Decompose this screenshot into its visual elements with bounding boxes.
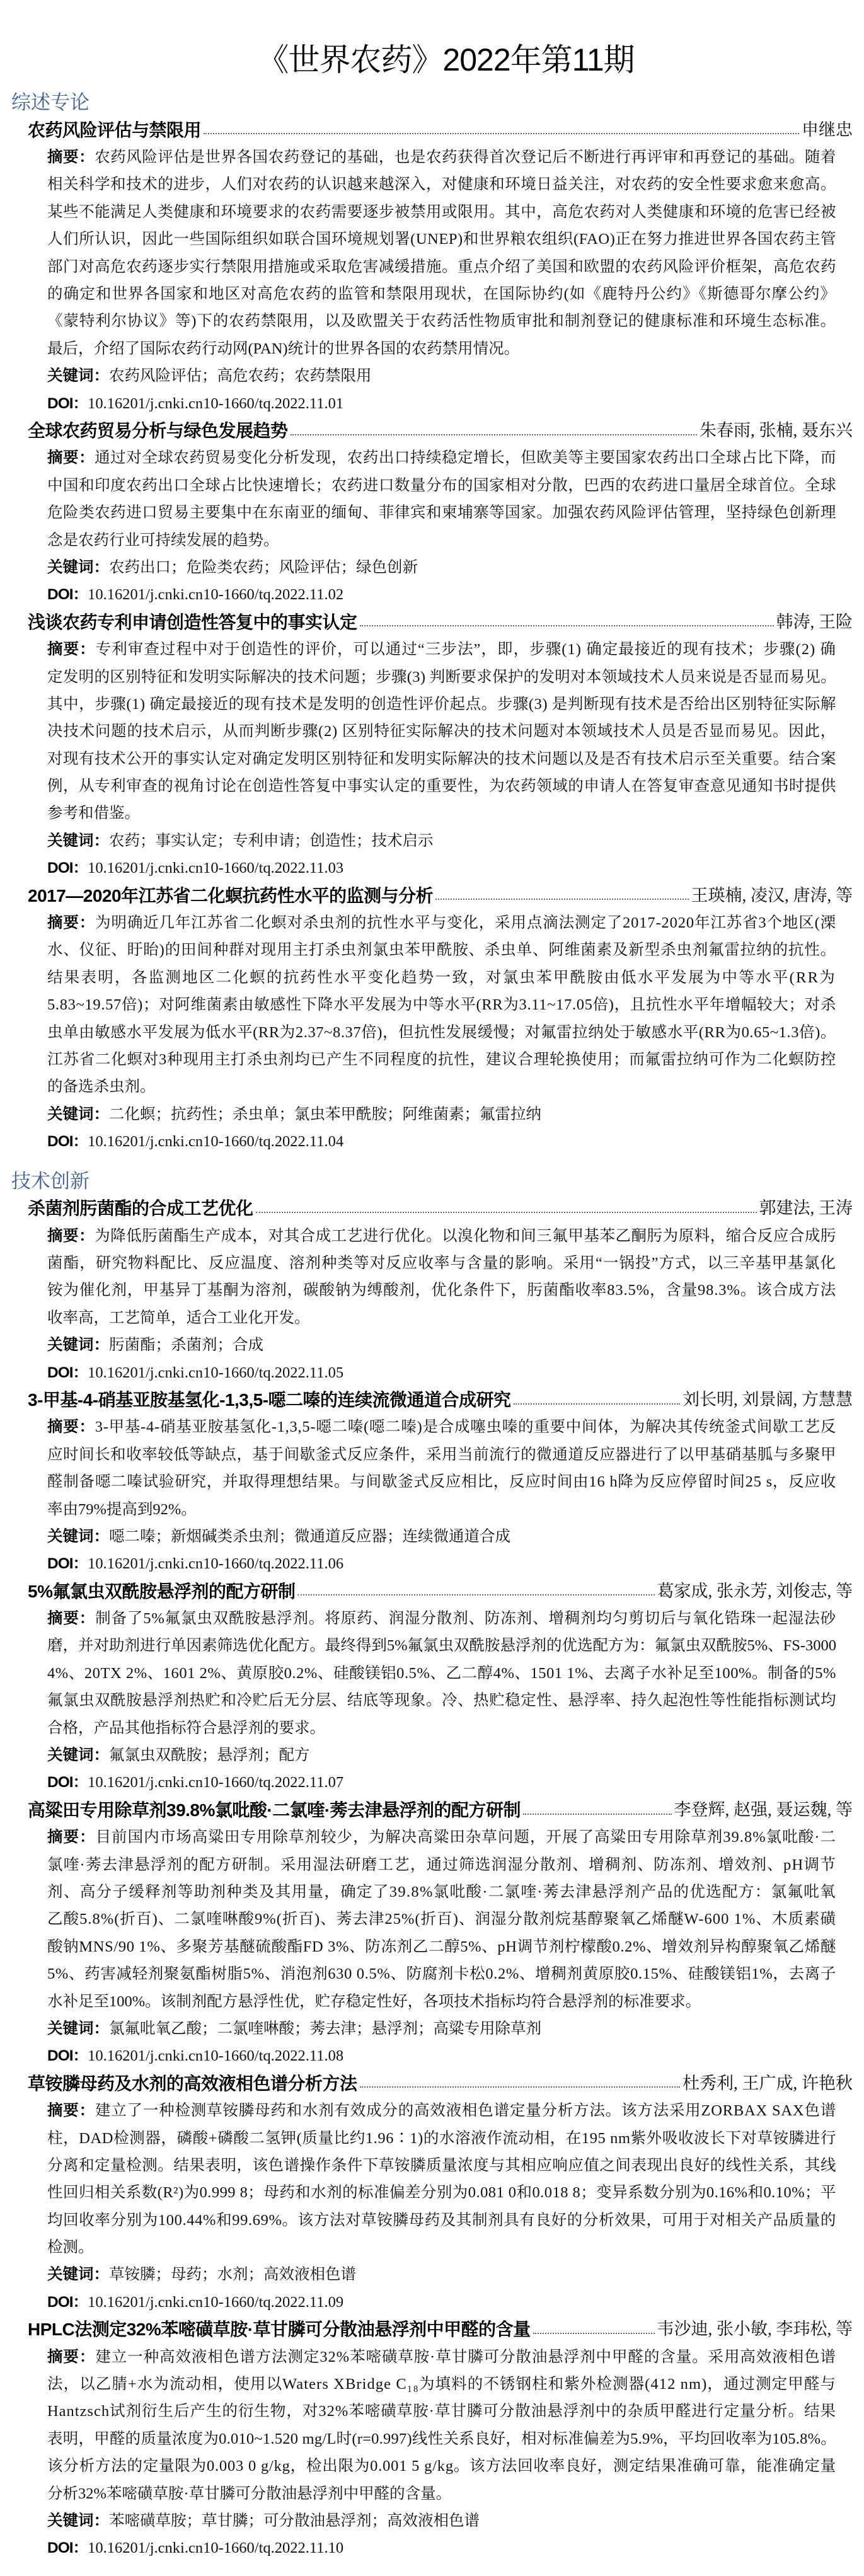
abstract-line: 5%、药害减轻剂聚氨酯树脂5%、消泡剂630 0.5%、防腐剂卡松0.2%、增稠… xyxy=(47,1960,836,1987)
abstract-label: 摘要： xyxy=(47,449,95,466)
article-title-row: 5%氟氯虫双酰胺悬浮剂的配方研制 葛家成, 张永芳, 刘俊志, 等 xyxy=(0,1578,864,1605)
abstract-line: 虫单由敏感水平发展为低水平(RR为2.37~8.37倍)，但抗性发展缓慢；对氟雷… xyxy=(47,1019,836,1046)
dotted-leader xyxy=(297,1594,654,1596)
article-title: 全球农药贸易分析与绿色发展趋势 xyxy=(28,417,288,444)
article-title: 2017—2020年江苏省二化螟抗药性水平的监测与分析 xyxy=(28,882,433,909)
abstract-text: 合格，产品其他指标符合悬浮剂的要求。 xyxy=(47,1720,325,1737)
abstract-line: 例，从专利审查的视角讨论在创造性答复中事实认定的重要性，为农药领域的申请人在答复… xyxy=(47,773,836,800)
keywords-line: 关键词：草铵膦；母药；水剂；高效液相色谱 xyxy=(47,2261,836,2288)
doi-label: DOI： xyxy=(47,2047,88,2064)
abstract-text: 的确定和世界各国家和地区对高危农药的监管和禁限用现状，在国际协约(如《鹿特丹公约… xyxy=(47,285,836,302)
abstract-text: 检测。 xyxy=(47,2239,94,2256)
keywords-line: 关键词：农药；事实认定；专利申请；创造性；技术启示 xyxy=(47,827,836,854)
abstract-line: 江苏省二化螟对3种现用主打杀虫剂均已产生不同程度的抗性，建议合理轮换使用；而氟雷… xyxy=(47,1046,836,1073)
abstract-line: 的确定和世界各国家和地区对高危农药的监管和禁限用现状，在国际协约(如《鹿特丹公约… xyxy=(47,280,836,308)
article-title-row: 3-甲基-4-硝基亚胺基氢化-1,3,5-噁二嗪的连续流微通道合成研究 刘长明,… xyxy=(0,1386,864,1413)
article-title-row: 农药风险评估与禁限用 申继忠 xyxy=(0,117,864,144)
abstract-text: 乙酸5.8%(折百)、二氯喹啉酸9%(折百)、莠去津25%(折百)、润湿分散剂烷… xyxy=(47,1911,836,1928)
abstract-text: 通过对全球农药贸易变化分析发现，农药出口持续稳定增长，但欧美等主要国家农药出口全… xyxy=(95,449,836,466)
keywords-value: 农药风险评估；高危农药；农药禁限用 xyxy=(109,367,372,384)
article: 浅谈农药专利申请创造性答复中的事实认定 韩涛, 王险 摘要：专利审查过程中对于创… xyxy=(0,609,864,882)
abstract-line: 危险类农药进口贸易主要集中在东南亚的缅甸、菲律宾和柬埔寨等国家。加强农药风险评估… xyxy=(47,499,836,526)
abstract-line: 柱，DAD检测器，磷酸+磷酸二氢钾(质量比约1.96∶1)的水溶液作流动相，在1… xyxy=(47,2125,836,2152)
abstract-text: 表明，甲醛的质量浓度为0.010~1.520 mg/L时(r=0.997)线性关… xyxy=(47,2430,836,2447)
abstract-line: 醛制备噁二嗪试验研究，并取得理想结果。与间歇釜式反应相比，反应时间由16 h降为… xyxy=(47,1468,836,1495)
abstract-line: 摘要：为降低肟菌酯生产成本，对其合成工艺进行优化。以溴化物和间三氟甲基苯乙酮肟为… xyxy=(47,1222,836,1250)
abstract-line: 应时间长和收率较低等缺点，基于间歇釜式反应条件，采用当前流行的微通道反应器进行了… xyxy=(47,1441,836,1468)
section-review: 综述专论 农药风险评估与禁限用 申继忠 摘要：农药风险评估是世界各国农药登记的基… xyxy=(0,89,864,1155)
abstract-line: 氯喹·莠去津悬浮剂的配方研制。采用湿法研磨工艺，通过筛选润湿分散剂、增稠剂、防冻… xyxy=(47,1851,836,1878)
keywords-line: 关键词：氟氯虫双酰胺；悬浮剂；配方 xyxy=(47,1742,836,1769)
keywords-label: 关键词： xyxy=(47,1528,109,1545)
keywords-value: 肟菌酯；杀菌剂；合成 xyxy=(109,1337,263,1354)
doi-value: 10.16201/j.cnki.cn10-1660/tq.2022.11.05 xyxy=(88,1364,343,1381)
abstract-line: 均回收率分别为100.44%和99.69%。该方法对草铵膦母药及其制剂具有良好的… xyxy=(47,2207,836,2234)
article: 3-甲基-4-硝基亚胺基氢化-1,3,5-噁二嗪的连续流微通道合成研究 刘长明,… xyxy=(0,1386,864,1578)
abstract-text: 5%、药害减轻剂聚氨酯树脂5%、消泡剂630 0.5%、防腐剂卡松0.2%、增稠… xyxy=(47,1965,836,1982)
abstract-line: 磨，并对助剂进行单因素筛选优化配方。最终得到5%氟氯虫双酰胺悬浮剂的优选配方为：… xyxy=(47,1632,836,1659)
keywords-label: 关键词： xyxy=(47,559,109,576)
abstract-text: 决技术问题的技术启示，从而判断步骤(2) 区别特征实际解决的技术问题对本领域技术… xyxy=(47,723,836,740)
article-authors: 葛家成, 张永芳, 刘俊志, 等 xyxy=(657,1578,853,1605)
doi-line: DOI：10.16201/j.cnki.cn10-1660/tq.2022.11… xyxy=(47,2534,836,2562)
doi-label: DOI： xyxy=(47,1555,88,1572)
abstract-line: 性回归相关系数(R²)为0.999 8；母药和水剂的标准偏差分别为0.081 0… xyxy=(47,2179,836,2206)
keywords-value: 苯嘧磺草胺；草甘膦；可分散油悬浮剂；高效液相色谱 xyxy=(109,2512,480,2529)
doi-label: DOI： xyxy=(47,2539,88,2556)
article: 农药风险评估与禁限用 申继忠 摘要：农药风险评估是世界各国农药登记的基础，也是农… xyxy=(0,117,864,417)
doi-value: 10.16201/j.cnki.cn10-1660/tq.2022.11.09 xyxy=(88,2294,343,2311)
doi-value: 10.16201/j.cnki.cn10-1660/tq.2022.11.07 xyxy=(88,1774,343,1791)
article-title-row: HPLC法测定32%苯嘧磺草胺·草甘膦可分散油悬浮剂中甲醛的含量 韦沙迪, 张小… xyxy=(0,2316,864,2343)
abstract-text: 5.83~19.57倍)；对阿维菌素由敏感性下降水平发展为中等水平(RR为3.1… xyxy=(47,996,836,1013)
doi-value: 10.16201/j.cnki.cn10-1660/tq.2022.11.08 xyxy=(88,2047,343,2064)
abstract-line: 相关科学和技术的进步，人们对农药的认识越来越深入，对健康和环境日益关注，对农药的… xyxy=(47,171,836,198)
abstract-text: 制备了5%氟氯虫双酰胺悬浮剂。将原药、润湿分散剂、防冻剂、增稠剂均匀剪切后与氧化… xyxy=(95,1610,836,1627)
abstract-text: 铵为催化剂，甲基异丁基酮为溶剂，碳酸钠为缚酸剂，优化条件下，肟菌酯收率83.5%… xyxy=(47,1282,836,1299)
abstract-line: Hantzsch试剂衍生后产生的衍生物，对32%苯嘧磺草胺·草甘膦可分散油悬浮剂… xyxy=(47,2398,836,2425)
keywords-label: 关键词： xyxy=(47,2512,109,2529)
abstract-line: 某些不能满足人类健康和环境要求的农药需要逐步被禁用或限用。其中，高危农药对人类健… xyxy=(47,198,836,226)
dotted-leader xyxy=(533,2333,655,2334)
article-title-row: 全球农药贸易分析与绿色发展趋势 朱春雨, 张楠, 聂东兴 xyxy=(0,417,864,444)
keywords-value: 噁二嗪；新烟碱类杀虫剂；微通道反应器；连续微通道合成 xyxy=(109,1528,510,1545)
keywords-line: 关键词：农药出口；危险类农药；风险评估；绿色创新 xyxy=(47,554,836,581)
abstract-label: 摘要： xyxy=(47,641,96,658)
abstract-text: 柱，DAD检测器，磷酸+磷酸二氢钾(质量比约1.96∶1)的水溶液作流动相，在1… xyxy=(47,2130,836,2147)
abstract-line: 水、仪征、盱眙)的田间种群对现用主打杀虫剂氯虫苯甲酰胺、杀虫单、阿维菌素及新型杀… xyxy=(47,936,836,963)
article: 草铵膦母药及水剂的高效液相色谱分析方法 杜秀利, 王广成, 许艳秋 摘要：建立了… xyxy=(0,2070,864,2316)
abstract-line: 摘要：3-甲基-4-硝基亚胺基氢化-1,3,5-噁二嗪(噁二嗪)是合成噻虫嗪的重… xyxy=(47,1413,836,1440)
abstract-text: 法，以乙腈+水为流动相，使用以Waters XBridge C₁₈为填料的不锈钢… xyxy=(47,2376,836,2393)
doi-label: DOI： xyxy=(47,1774,88,1791)
abstract-text: 结果表明，各监测地区二化螟的抗药性水平变化趋势一致，对氯虫苯甲酰胺由低水平发展为… xyxy=(47,969,836,986)
abstract-line: 氟氯虫双酰胺悬浮剂热贮和冷贮后无分层、结底等现象。冷、热贮稳定性、悬浮率、持久起… xyxy=(47,1687,836,1714)
abstract-text: 均回收率分别为100.44%和99.69%。该方法对草铵膦母药及其制剂具有良好的… xyxy=(47,2212,836,2229)
abstract-label: 摘要： xyxy=(47,1418,95,1435)
abstract-line: 表明，甲醛的质量浓度为0.010~1.520 mg/L时(r=0.997)线性关… xyxy=(47,2425,836,2452)
keywords-label: 关键词： xyxy=(47,1747,109,1764)
article-title-row: 高粱田专用除草剂39.8%氯吡酸·二氯喹·莠去津悬浮剂的配方研制 李登辉, 赵强… xyxy=(0,1797,864,1824)
abstract-line: 其中，步骤(1) 确定最接近的现有技术是发明的创造性评价起点。步骤(3) 是判断… xyxy=(47,691,836,718)
abstract-line: 检测。 xyxy=(47,2234,836,2261)
abstract-text: 某些不能满足人类健康和环境要求的农药需要逐步被禁用或限用。其中，高危农药对人类健… xyxy=(47,204,836,221)
keywords-value: 农药；事实认定；专利申请；创造性；技术启示 xyxy=(109,832,434,849)
article-authors: 李登辉, 赵强, 聂运魏, 等 xyxy=(674,1797,853,1824)
abstract-line: 率由79%提高到92%。 xyxy=(47,1496,836,1523)
dotted-leader xyxy=(360,625,774,626)
abstract-text: 水、仪征、盱眙)的田间种群对现用主打杀虫剂氯虫苯甲酰胺、杀虫单、阿维菌素及新型杀… xyxy=(47,941,836,958)
abstract-line: 乙酸5.8%(折百)、二氯喹啉酸9%(折百)、莠去津25%(折百)、润湿分散剂烷… xyxy=(47,1906,836,1933)
dotted-leader xyxy=(514,1403,680,1405)
abstract-text: 收率高，工艺简单，适合工业化开发。 xyxy=(47,1309,310,1326)
abstract-line: 摘要：建立了一种检测草铵膦母药和水剂有效成分的高效液相色谱定量分析方法。该方法采… xyxy=(47,2097,836,2124)
abstract-line: 摘要：农药风险评估是世界各国农药登记的基础，也是农药获得首次登记后不断进行再评审… xyxy=(47,144,836,171)
article-title-row: 杀菌剂肟菌酯的合成工艺优化 郭建法, 王涛 xyxy=(0,1195,864,1222)
abstract-label: 摘要： xyxy=(47,2349,95,2366)
abstract-line: 决技术问题的技术启示，从而判断步骤(2) 区别特征实际解决的技术问题对本领域技术… xyxy=(47,718,836,745)
article-authors: 朱春雨, 张楠, 聂东兴 xyxy=(700,417,853,444)
doi-line: DOI：10.16201/j.cnki.cn10-1660/tq.2022.11… xyxy=(47,1550,836,1577)
abstract-text: 《蒙特利尔协议》等)下的农药禁限用，以及欧盟关于农药活性物质审批和制剂登记的健康… xyxy=(47,313,836,330)
abstract-line: 摘要：制备了5%氟氯虫双酰胺悬浮剂。将原药、润湿分散剂、防冻剂、增稠剂均匀剪切后… xyxy=(47,1605,836,1632)
abstract-line: 对现有技术公开的事实认定对确定发明区别特征和发明实际解决的技术问题以及是否有技术… xyxy=(47,745,836,773)
abstract-line: 水补足至100%。该制剂配方悬浮性优，贮存稳定性好，各项技术指标均符合悬浮剂的标… xyxy=(47,1988,836,2015)
doi-value: 10.16201/j.cnki.cn10-1660/tq.2022.11.03 xyxy=(88,860,343,877)
doi-line: DOI：10.16201/j.cnki.cn10-1660/tq.2022.11… xyxy=(47,581,836,608)
abstract-line: 分离和定量检测。结果表明，该色谱操作条件下草铵膦质量浓度与其相应响应值之间表现出… xyxy=(47,2152,836,2179)
abstract-text: 相关科学和技术的进步，人们对农药的认识越来越深入，对健康和环境日益关注，对农药的… xyxy=(47,176,836,193)
abstract-text: 为明确近几年江苏省二化螟对杀虫剂的抗性水平与变化，采用点滴法测定了2017-20… xyxy=(95,914,836,931)
abstract-text: 性回归相关系数(R²)为0.999 8；母药和水剂的标准偏差分别为0.081 0… xyxy=(47,2184,836,2201)
keywords-label: 关键词： xyxy=(47,1337,109,1354)
abstract-text: 醛制备噁二嗪试验研究，并取得理想结果。与间歇釜式反应相比，反应时间由16 h降为… xyxy=(47,1473,836,1490)
dotted-leader xyxy=(523,1814,671,1815)
abstract-line: 分析32%苯嘧磺草胺·草甘膦可分散油悬浮剂中甲醛的含量。 xyxy=(47,2480,836,2507)
abstract-text: 农药风险评估是世界各国农药登记的基础，也是农药获得首次登记后不断进行再评审和再登… xyxy=(95,149,836,166)
article-title-row: 2017—2020年江苏省二化螟抗药性水平的监测与分析 王瑛楠, 凌汉, 唐涛,… xyxy=(0,882,864,909)
doi-label: DOI： xyxy=(47,1364,88,1381)
article-title: 高粱田专用除草剂39.8%氯吡酸·二氯喹·莠去津悬浮剂的配方研制 xyxy=(28,1797,521,1824)
abstract-text: 为降低肟菌酯生产成本，对其合成工艺进行优化。以溴化物和间三氟甲基苯乙酮肟为原料，… xyxy=(95,1228,836,1245)
article: 全球农药贸易分析与绿色发展趋势 朱春雨, 张楠, 聂东兴 摘要：通过对全球农药贸… xyxy=(0,417,864,609)
keywords-label: 关键词： xyxy=(47,832,109,849)
abstract-text: 菌酯，研究物料配比、反应温度、溶剂种类等对反应收率与含量的影响。采用“一锅投”方… xyxy=(47,1255,836,1272)
section-heading: 技术创新 xyxy=(0,1168,864,1195)
abstract-text: 分离和定量检测。结果表明，该色谱操作条件下草铵膦质量浓度与其相应响应值之间表现出… xyxy=(47,2157,836,2174)
doi-line: DOI：10.16201/j.cnki.cn10-1660/tq.2022.11… xyxy=(47,1359,836,1386)
keywords-line: 关键词：肟菌酯；杀菌剂；合成 xyxy=(47,1331,836,1359)
abstract-label: 摘要： xyxy=(47,1228,95,1245)
abstract-text: 建立一种高效液相色谱方法测定32%苯嘧磺草胺·草甘膦可分散油悬浮剂中甲醛的含量。… xyxy=(95,2349,836,2366)
abstract-text: 例，从专利审查的视角讨论在创造性答复中事实认定的重要性，为农药领域的申请人在答复… xyxy=(47,778,836,795)
keywords-value: 二化螟；抗药性；杀虫单；氯虫苯甲酰胺；阿维菌素；氟雷拉纳 xyxy=(109,1106,541,1123)
abstract-line: 中国和印度农药出口全球占比快速增长；农药进口数量分布的国家相对分散，巴西的农药进… xyxy=(47,472,836,499)
keywords-line: 关键词：苯嘧磺草胺；草甘膦；可分散油悬浮剂；高效液相色谱 xyxy=(47,2507,836,2534)
abstract-text: 应时间长和收率较低等缺点，基于间歇釜式反应条件，采用当前流行的微通道反应器进行了… xyxy=(47,1446,836,1463)
abstract-text: 该分析方法的定量限为0.003 0 g/kg，检出限为0.001 5 g/kg。… xyxy=(47,2458,836,2475)
doi-line: DOI：10.16201/j.cnki.cn10-1660/tq.2022.11… xyxy=(47,390,836,417)
article-authors: 刘长明, 刘景阔, 方慧慧 xyxy=(683,1386,853,1413)
abstract-text: 念是农药行业可持续发展的趋势。 xyxy=(47,532,279,549)
abstract-line: 5.83~19.57倍)；对阿维菌素由敏感性下降水平发展为中等水平(RR为3.1… xyxy=(47,991,836,1018)
abstract-text: 危险类农药进口贸易主要集中在东南亚的缅甸、菲律宾和柬埔寨等国家。加强农药风险评估… xyxy=(47,504,836,521)
abstract-line: 合格，产品其他指标符合悬浮剂的要求。 xyxy=(47,1715,836,1742)
abstract-text: 江苏省二化螟对3种现用主打杀虫剂均已产生不同程度的抗性，建议合理轮换使用；而氟雷… xyxy=(47,1051,836,1068)
doi-value: 10.16201/j.cnki.cn10-1660/tq.2022.11.10 xyxy=(88,2539,343,2556)
doi-label: DOI： xyxy=(47,395,88,412)
doi-label: DOI： xyxy=(47,1133,88,1150)
abstract-text: 最后，介绍了国际农药行动网(PAN)统计的世界各国的农药禁用情况。 xyxy=(47,340,519,357)
abstract-text: 人们所认识，因此一些国际组织如联合国环境规划署(UNEP)和世界粮农组织(FAO… xyxy=(47,231,836,248)
section-tech-innovation: 技术创新 杀菌剂肟菌酯的合成工艺优化 郭建法, 王涛 摘要：为降低肟菌酯生产成本… xyxy=(0,1168,864,2562)
dotted-leader xyxy=(204,133,799,134)
abstract-line: 酸钠MNS/90 1%、多聚芳基醚硫酸酯FD 3%、防冻剂乙二醇5%、pH调节剂… xyxy=(47,1933,836,1960)
abstract-line: 铵为催化剂，甲基异丁基酮为溶剂，碳酸钠为缚酸剂，优化条件下，肟菌酯收率83.5%… xyxy=(47,1277,836,1304)
dotted-leader xyxy=(360,2086,680,2088)
article-title: HPLC法测定32%苯嘧磺草胺·草甘膦可分散油悬浮剂中甲醛的含量 xyxy=(28,2316,531,2343)
abstract-text: 率由79%提高到92%。 xyxy=(47,1501,197,1518)
page-title: 《世界农药》2022年第11期 xyxy=(0,0,864,77)
doi-line: DOI：10.16201/j.cnki.cn10-1660/tq.2022.11… xyxy=(47,1128,836,1155)
abstract-line: 定发明的区别特征和发明实际解决的技术问题；步骤(3) 判断要求保护的发明对本领域… xyxy=(47,664,836,691)
article-title: 草铵膦母药及水剂的高效液相色谱分析方法 xyxy=(28,2070,357,2097)
abstract-text: 建立了一种检测草铵膦母药和水剂有效成分的高效液相色谱定量分析方法。该方法采用ZO… xyxy=(95,2102,836,2119)
abstract-text: 目前国内市场高粱田专用除草剂较少，为解决高粱田杂草问题，开展了高粱田专用除草剂3… xyxy=(96,1829,836,1846)
doi-label: DOI： xyxy=(47,586,88,603)
abstract-text: 参考和借鉴。 xyxy=(47,805,140,822)
abstract-line: 剂、高分子缓释剂等助剂种类及其用量，确定了39.8%氯吡酸·二氯喹·莠去津悬浮剂… xyxy=(47,1878,836,1906)
article-title: 杀菌剂肟菌酯的合成工艺优化 xyxy=(28,1195,253,1222)
abstract-label: 摘要： xyxy=(47,1610,95,1627)
abstract-line: 摘要：专利审查过程中对于创造性的评价，可以通过“三步法”，即，步骤(1) 确定最… xyxy=(47,636,836,663)
article: 5%氟氯虫双酰胺悬浮剂的配方研制 葛家成, 张永芳, 刘俊志, 等 摘要：制备了… xyxy=(0,1578,864,1797)
abstract-line: 人们所认识，因此一些国际组织如联合国环境规划署(UNEP)和世界粮农组织(FAO… xyxy=(47,226,836,253)
abstract-text: 对现有技术公开的事实认定对确定发明区别特征和发明实际解决的技术问题以及是否有技术… xyxy=(47,750,836,768)
abstract-text: Hantzsch试剂衍生后产生的衍生物，对32%苯嘧磺草胺·草甘膦可分散油悬浮剂… xyxy=(47,2403,836,2420)
abstract-label: 摘要： xyxy=(47,1829,96,1846)
doi-label: DOI： xyxy=(47,860,88,877)
article-title: 农药风险评估与禁限用 xyxy=(28,117,201,144)
dotted-leader xyxy=(435,899,688,900)
abstract-line: 摘要：建立一种高效液相色谱方法测定32%苯嘧磺草胺·草甘膦可分散油悬浮剂中甲醛的… xyxy=(47,2343,836,2371)
abstract-text: 中国和印度农药出口全球占比快速增长；农药进口数量分布的国家相对分散，巴西的农药进… xyxy=(47,477,836,494)
doi-line: DOI：10.16201/j.cnki.cn10-1660/tq.2022.11… xyxy=(47,2042,836,2069)
doi-line: DOI：10.16201/j.cnki.cn10-1660/tq.2022.11… xyxy=(47,1769,836,1796)
abstract-line: 念是农药行业可持续发展的趋势。 xyxy=(47,527,836,554)
abstract-line: 的备选杀虫剂。 xyxy=(47,1073,836,1100)
abstract-text: 的备选杀虫剂。 xyxy=(47,1078,156,1095)
abstract-line: 该分析方法的定量限为0.003 0 g/kg，检出限为0.001 5 g/kg。… xyxy=(47,2452,836,2480)
dotted-leader xyxy=(291,434,697,435)
abstract-label: 摘要： xyxy=(47,914,95,931)
section-heading: 综述专论 xyxy=(0,89,864,116)
keywords-line: 关键词：噁二嗪；新烟碱类杀虫剂；微通道反应器；连续微通道合成 xyxy=(47,1523,836,1550)
article-authors: 王瑛楠, 凌汉, 唐涛, 等 xyxy=(691,882,853,909)
article-title-row: 浅谈农药专利申请创造性答复中的事实认定 韩涛, 王险 xyxy=(0,609,864,636)
abstract-line: 《蒙特利尔协议》等)下的农药禁限用，以及欧盟关于农药活性物质审批和制剂登记的健康… xyxy=(47,308,836,335)
article: HPLC法测定32%苯嘧磺草胺·草甘膦可分散油悬浮剂中甲醛的含量 韦沙迪, 张小… xyxy=(0,2316,864,2562)
abstract-text: 酸钠MNS/90 1%、多聚芳基醚硫酸酯FD 3%、防冻剂乙二醇5%、pH调节剂… xyxy=(47,1938,836,1955)
abstract-text: 部门对高危农药逐步实行禁限用措施或采取危害减缓措施。重点介绍了美国和欧盟的农药风… xyxy=(47,258,836,275)
abstract-text: 专利审查过程中对于创造性的评价，可以通过“三步法”，即，步骤(1) 确定最接近的… xyxy=(96,641,836,658)
keywords-value: 农药出口；危险类农药；风险评估；绿色创新 xyxy=(109,559,418,576)
doi-value: 10.16201/j.cnki.cn10-1660/tq.2022.11.06 xyxy=(88,1555,343,1572)
keywords-label: 关键词： xyxy=(47,367,109,384)
keywords-value: 草铵膦；母药；水剂；高效液相色谱 xyxy=(109,2266,356,2283)
abstract-line: 4%、20TX 2%、1601 2%、黄原胶0.2%、硅酸镁铝0.5%、乙二醇4… xyxy=(47,1660,836,1687)
article-title: 5%氟氯虫双酰胺悬浮剂的配方研制 xyxy=(28,1578,295,1605)
article-authors: 申继忠 xyxy=(802,117,853,144)
article-title: 浅谈农药专利申请创造性答复中的事实认定 xyxy=(28,609,357,636)
abstract-line: 结果表明，各监测地区二化螟的抗药性水平变化趋势一致，对氯虫苯甲酰胺由低水平发展为… xyxy=(47,964,836,991)
abstract-line: 摘要：为明确近几年江苏省二化螟对杀虫剂的抗性水平与变化，采用点滴法测定了2017… xyxy=(47,909,836,936)
abstract-text: 4%、20TX 2%、1601 2%、黄原胶0.2%、硅酸镁铝0.5%、乙二醇4… xyxy=(47,1665,836,1682)
article-title: 3-甲基-4-硝基亚胺基氢化-1,3,5-噁二嗪的连续流微通道合成研究 xyxy=(28,1386,511,1413)
keywords-value: 氟氯虫双酰胺；悬浮剂；配方 xyxy=(109,1747,310,1764)
abstract-text: 分析32%苯嘧磺草胺·草甘膦可分散油悬浮剂中甲醛的含量。 xyxy=(47,2485,451,2502)
abstract-line: 摘要：通过对全球农药贸易变化分析发现，农药出口持续稳定增长，但欧美等主要国家农药… xyxy=(47,444,836,471)
keywords-line: 关键词：二化螟；抗药性；杀虫单；氯虫苯甲酰胺；阿维菌素；氟雷拉纳 xyxy=(47,1101,836,1128)
keywords-label: 关键词： xyxy=(47,2020,109,2037)
doi-line: DOI：10.16201/j.cnki.cn10-1660/tq.2022.11… xyxy=(47,2289,836,2316)
abstract-text: 磨，并对助剂进行单因素筛选优化配方。最终得到5%氟氯虫双酰胺悬浮剂的优选配方为：… xyxy=(47,1637,836,1654)
article-authors: 杜秀利, 王广成, 许艳秋 xyxy=(683,2070,853,2097)
article: 2017—2020年江苏省二化螟抗药性水平的监测与分析 王瑛楠, 凌汉, 唐涛,… xyxy=(0,882,864,1156)
abstract-label: 摘要： xyxy=(47,149,95,166)
abstract-text: 其中，步骤(1) 确定最接近的现有技术是发明的创造性评价起点。步骤(3) 是判断… xyxy=(47,696,836,713)
article: 高粱田专用除草剂39.8%氯吡酸·二氯喹·莠去津悬浮剂的配方研制 李登辉, 赵强… xyxy=(0,1797,864,2070)
abstract-line: 收率高，工艺简单，适合工业化开发。 xyxy=(47,1304,836,1331)
keywords-label: 关键词： xyxy=(47,2266,109,2283)
abstract-line: 法，以乙腈+水为流动相，使用以Waters XBridge C₁₈为填料的不锈钢… xyxy=(47,2371,836,2398)
article-authors: 韩涛, 王险 xyxy=(776,609,853,636)
abstract-text: 水补足至100%。该制剂配方悬浮性优，贮存稳定性好，各项技术指标均符合悬浮剂的标… xyxy=(47,1993,701,2010)
abstract-line: 最后，介绍了国际农药行动网(PAN)统计的世界各国的农药禁用情况。 xyxy=(47,335,836,362)
doi-value: 10.16201/j.cnki.cn10-1660/tq.2022.11.04 xyxy=(88,1133,343,1150)
toc-page: 《世界农药》2022年第11期 综述专论 农药风险评估与禁限用 申继忠 摘要：农… xyxy=(0,0,864,2576)
abstract-line: 参考和借鉴。 xyxy=(47,800,836,827)
abstract-line: 菌酯，研究物料配比、反应温度、溶剂种类等对反应收率与含量的影响。采用“一锅投”方… xyxy=(47,1250,836,1277)
abstract-text: 氯喹·莠去津悬浮剂的配方研制。采用湿法研磨工艺，通过筛选润湿分散剂、增稠剂、防冻… xyxy=(47,1856,836,1873)
abstract-text: 3-甲基-4-硝基亚胺基氢化-1,3,5-噁二嗪(噁二嗪)是合成噻虫嗪的重要中间… xyxy=(95,1418,836,1435)
article: 杀菌剂肟菌酯的合成工艺优化 郭建法, 王涛 摘要：为降低肟菌酯生产成本，对其合成… xyxy=(0,1195,864,1386)
doi-value: 10.16201/j.cnki.cn10-1660/tq.2022.11.01 xyxy=(88,395,343,412)
article-authors: 郭建法, 王涛 xyxy=(759,1195,853,1222)
abstract-line: 部门对高危农药逐步实行禁限用措施或采取危害减缓措施。重点介绍了美国和欧盟的农药风… xyxy=(47,253,836,280)
doi-line: DOI：10.16201/j.cnki.cn10-1660/tq.2022.11… xyxy=(47,854,836,882)
abstract-line: 摘要：目前国内市场高粱田专用除草剂较少，为解决高粱田杂草问题，开展了高粱田专用除… xyxy=(47,1824,836,1851)
abstract-text: 定发明的区别特征和发明实际解决的技术问题；步骤(3) 判断要求保护的发明对本领域… xyxy=(47,669,836,686)
abstract-text: 虫单由敏感水平发展为低水平(RR为2.37~8.37倍)，但抗性发展缓慢；对氟雷… xyxy=(47,1024,836,1041)
abstract-label: 摘要： xyxy=(47,2102,95,2119)
article-title-row: 草铵膦母药及水剂的高效液相色谱分析方法 杜秀利, 王广成, 许艳秋 xyxy=(0,2070,864,2097)
keywords-line: 关键词：农药风险评估；高危农药；农药禁限用 xyxy=(47,362,836,389)
doi-value: 10.16201/j.cnki.cn10-1660/tq.2022.11.02 xyxy=(88,586,343,603)
keywords-label: 关键词： xyxy=(47,1106,109,1123)
article-authors: 韦沙迪, 张小敏, 李玮松, 等 xyxy=(657,2316,853,2343)
abstract-text: 氟氯虫双酰胺悬浮剂热贮和冷贮后无分层、结底等现象。冷、热贮稳定性、悬浮率、持久起… xyxy=(47,1692,836,1709)
keywords-value: 氯氟吡氧乙酸；二氯喹啉酸；莠去津；悬浮剂；高粱专用除草剂 xyxy=(109,2020,541,2037)
abstract-text: 剂、高分子缓释剂等助剂种类及其用量，确定了39.8%氯吡酸·二氯喹·莠去津悬浮剂… xyxy=(47,1883,836,1900)
dotted-leader xyxy=(256,1212,757,1213)
doi-label: DOI： xyxy=(47,2294,88,2311)
keywords-line: 关键词：氯氟吡氧乙酸；二氯喹啉酸；莠去津；悬浮剂；高粱专用除草剂 xyxy=(47,2015,836,2042)
